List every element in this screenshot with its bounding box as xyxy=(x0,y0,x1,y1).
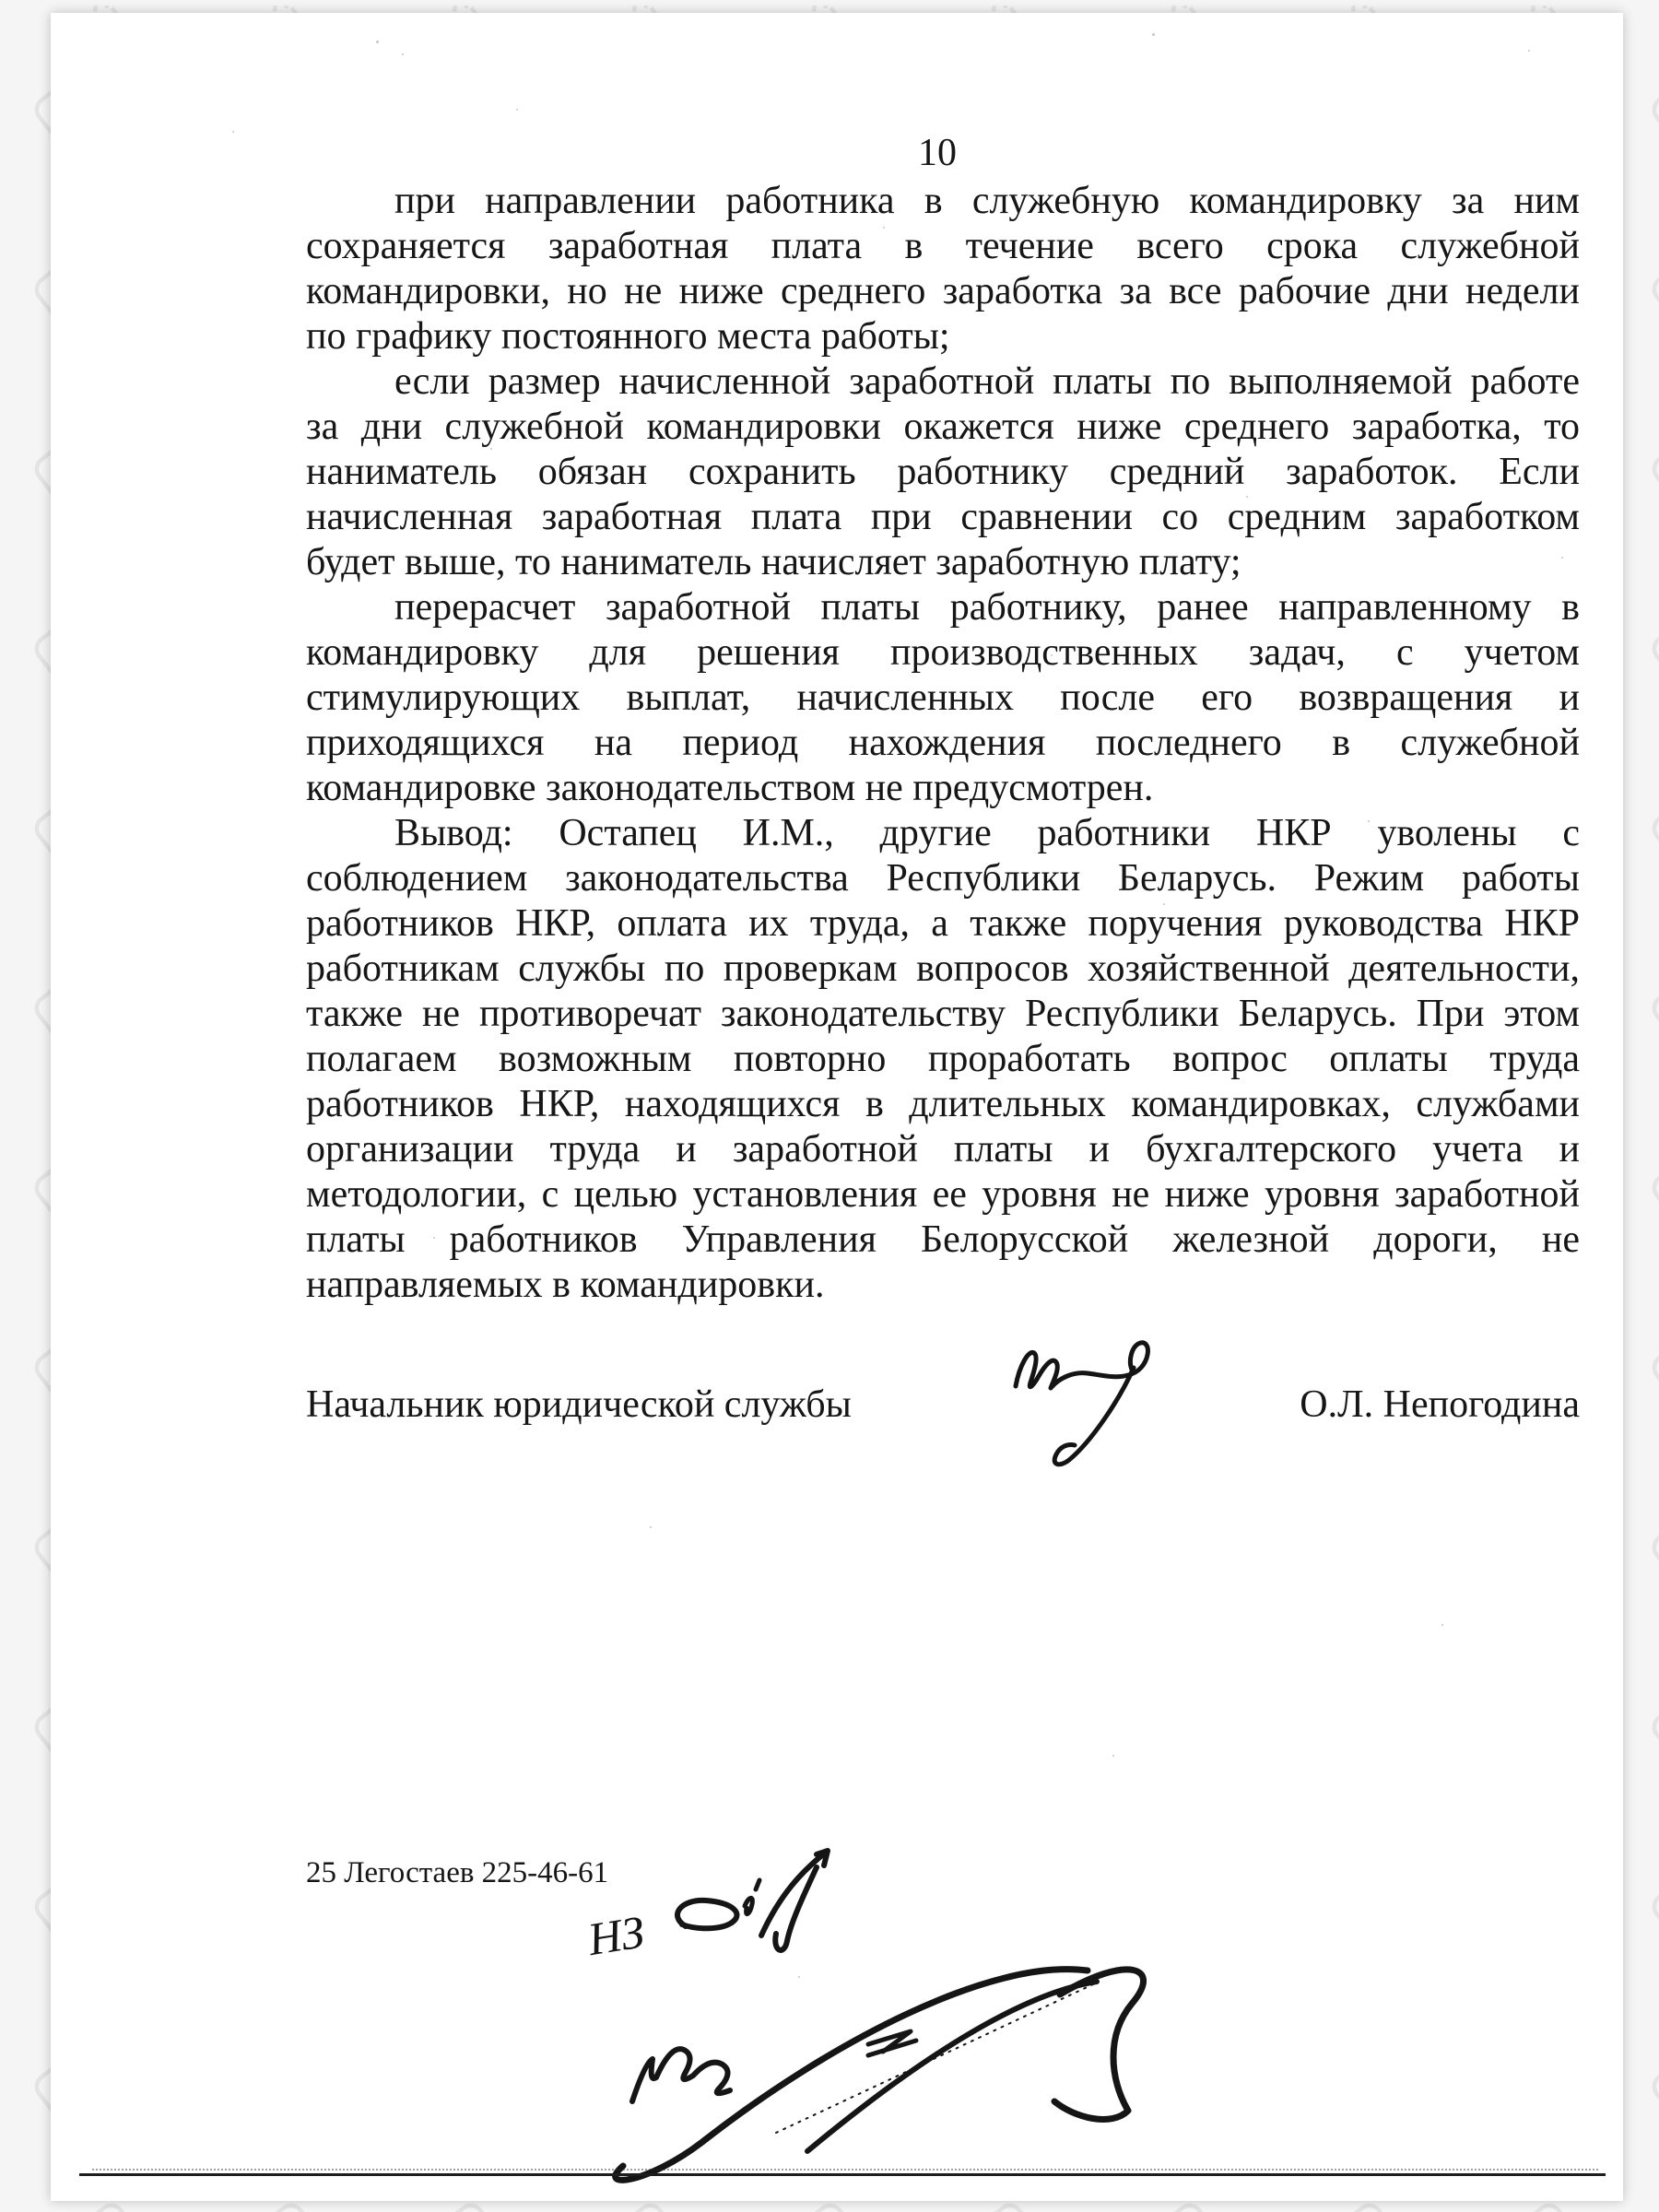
signer-name: О.Л. Непогодина xyxy=(1300,1382,1580,1428)
text-line: организации труда и заработной платы и б… xyxy=(306,1127,1580,1172)
paragraph: при направлении работника в служебную ко… xyxy=(306,179,1580,359)
scan-artifact-line xyxy=(79,2173,1606,2176)
text-line: командировки, но не ниже среднего зарабо… xyxy=(306,269,1580,314)
document-body: при направлении работника в служебную ко… xyxy=(306,179,1580,1308)
text-line: методологии, с целью установления ее уро… xyxy=(306,1172,1580,1218)
text-line: за дни служебной командировки окажется н… xyxy=(306,405,1580,450)
signature-block: Начальник юридической службы О.Л. Непого… xyxy=(306,1382,1580,1428)
text-line: если размер начисленной заработной платы… xyxy=(306,359,1580,405)
text-line: соблюдением законодательства Республики … xyxy=(306,856,1580,901)
text-line: сохраняется заработная плата в течение в… xyxy=(306,224,1580,269)
text-line: направляемых в командировки. xyxy=(306,1263,1580,1308)
text-line: работников НКР, оплата их труда, а также… xyxy=(306,901,1580,947)
text-line: по графику постоянного места работы; xyxy=(306,314,1580,359)
handwritten-mark-nz: НЗ xyxy=(583,1905,648,1965)
text-line: приходящихся на период нахождения послед… xyxy=(306,721,1580,766)
paragraph-conclusion: Вывод: Остапец И.М., другие работники НК… xyxy=(306,811,1580,1308)
bottom-handwritten-signatures-icon: НЗ xyxy=(544,1834,1189,2194)
text-line: командировке законодательством не предус… xyxy=(306,766,1580,811)
signer-position-title: Начальник юридической службы xyxy=(306,1382,852,1428)
text-line: командировку для решения производственны… xyxy=(306,630,1580,676)
text-line: начисленная заработная плата при сравнен… xyxy=(306,495,1580,540)
paragraph: если размер начисленной заработной платы… xyxy=(306,359,1580,585)
scanned-document-screen: 10 при направлении работника в служебную… xyxy=(0,0,1659,2212)
text-line: также не противоречат законодательству Р… xyxy=(306,992,1580,1037)
text-line: будет выше, то наниматель начисляет зара… xyxy=(306,540,1580,585)
paragraph: перерасчет заработной платы работнику, р… xyxy=(306,585,1580,811)
nepogodina-handwritten-signature-icon xyxy=(1005,1320,1171,1472)
text-line: при направлении работника в служебную ко… xyxy=(306,179,1580,224)
text-line: полагаем возможным повторно проработать … xyxy=(306,1037,1580,1082)
page-number: 10 xyxy=(868,133,1006,173)
text-line: перерасчет заработной платы работнику, р… xyxy=(306,585,1580,630)
text-line: Вывод: Остапец И.М., другие работники НК… xyxy=(306,811,1580,856)
text-line: платы работников Управления Белорусской … xyxy=(306,1218,1580,1263)
text-line: наниматель обязан сохранить работнику ср… xyxy=(306,450,1580,495)
text-line: работникам службы по проверкам вопросов … xyxy=(306,947,1580,992)
text-line: работников НКР, находящихся в длительных… xyxy=(306,1082,1580,1127)
text-line: стимулирующих выплат, начисленных после … xyxy=(306,676,1580,721)
